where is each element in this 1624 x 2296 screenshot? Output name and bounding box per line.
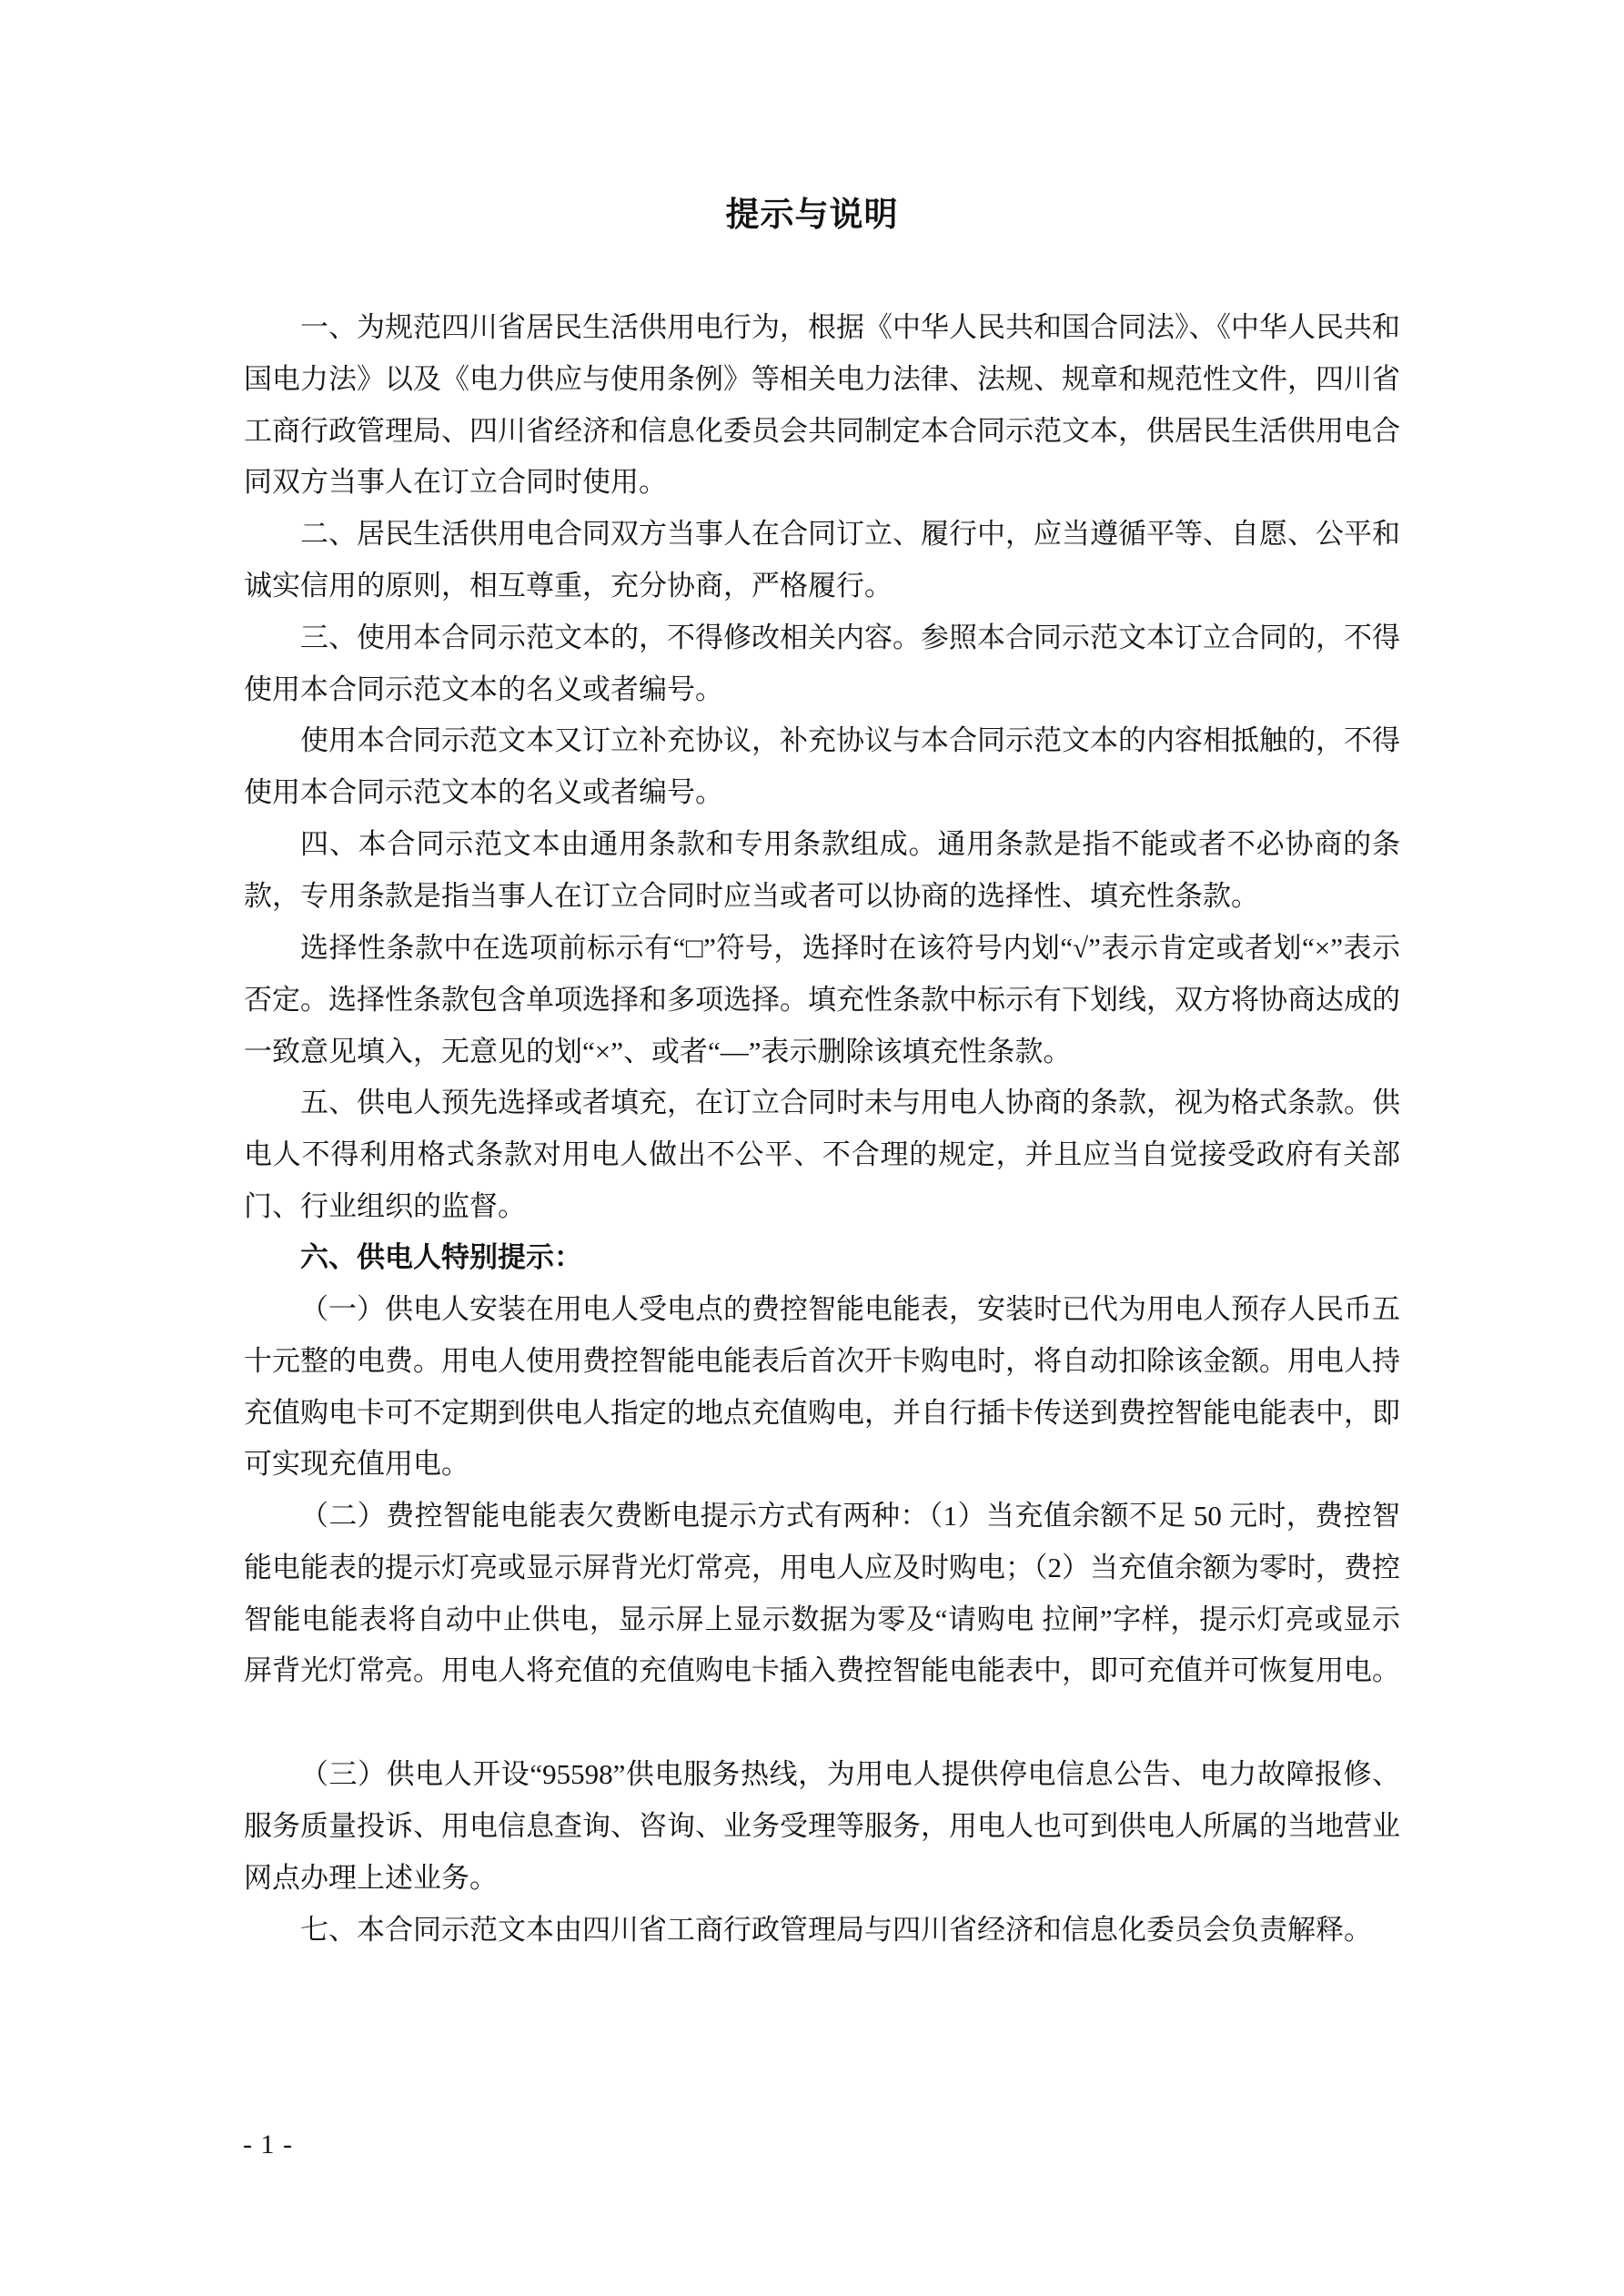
paragraph-1: 一、为规范四川省居民生活供用电行为，根据《中华人民共和国合同法》、《中华人民共和…	[244, 302, 1400, 509]
paragraph-4: 使用本合同示范文本又订立补充协议，补充协议与本合同示范文本的内容相抵触的，不得使…	[244, 715, 1400, 819]
paragraph-9: （一）供电人安装在用电人受电点的费控智能电能表，安装时已代为用电人预存人民币五十…	[244, 1284, 1400, 1491]
paragraph-10: （二）费控智能电能表欠费断电提示方式有两种：（1）当充值余额不足 50 元时，费…	[244, 1491, 1400, 1697]
paragraph-2: 二、居民生活供用电合同双方当事人在合同订立、履行中，应当遵循平等、自愿、公平和诚…	[244, 509, 1400, 612]
paragraph-12: 七、本合同示范文本由四川省工商行政管理局与四川省经济和信息化委员会负责解释。	[244, 1905, 1400, 1957]
paragraph-7: 五、供电人预先选择或者填充，在订立合同时未与用电人协商的条款，视为格式条款。供电…	[244, 1077, 1400, 1232]
paragraph-8-special-notice-heading: 六、供电人特别提示：	[244, 1232, 1400, 1284]
page-title: 提示与说明	[0, 196, 1624, 236]
paragraph-3: 三、使用本合同示范文本的，不得修改相关内容。参照本合同示范文本订立合同的，不得使…	[244, 612, 1400, 716]
paragraph-6: 选择性条款中在选项前标示有“□”符号，选择时在该符号内划“√”表示肯定或者划“×…	[244, 923, 1400, 1077]
paragraph-11: （三）供电人开设“95598”供电服务热线，为用电人提供停电信息公告、电力故障报…	[244, 1749, 1400, 1904]
document-page: 提示与说明 一、为规范四川省居民生活供用电行为，根据《中华人民共和国合同法》、《…	[0, 0, 1624, 2296]
paragraph-5: 四、本合同示范文本由通用条款和专用条款组成。通用条款是指不能或者不必协商的条款，…	[244, 819, 1400, 923]
page-number: - 1 -	[243, 2129, 293, 2160]
